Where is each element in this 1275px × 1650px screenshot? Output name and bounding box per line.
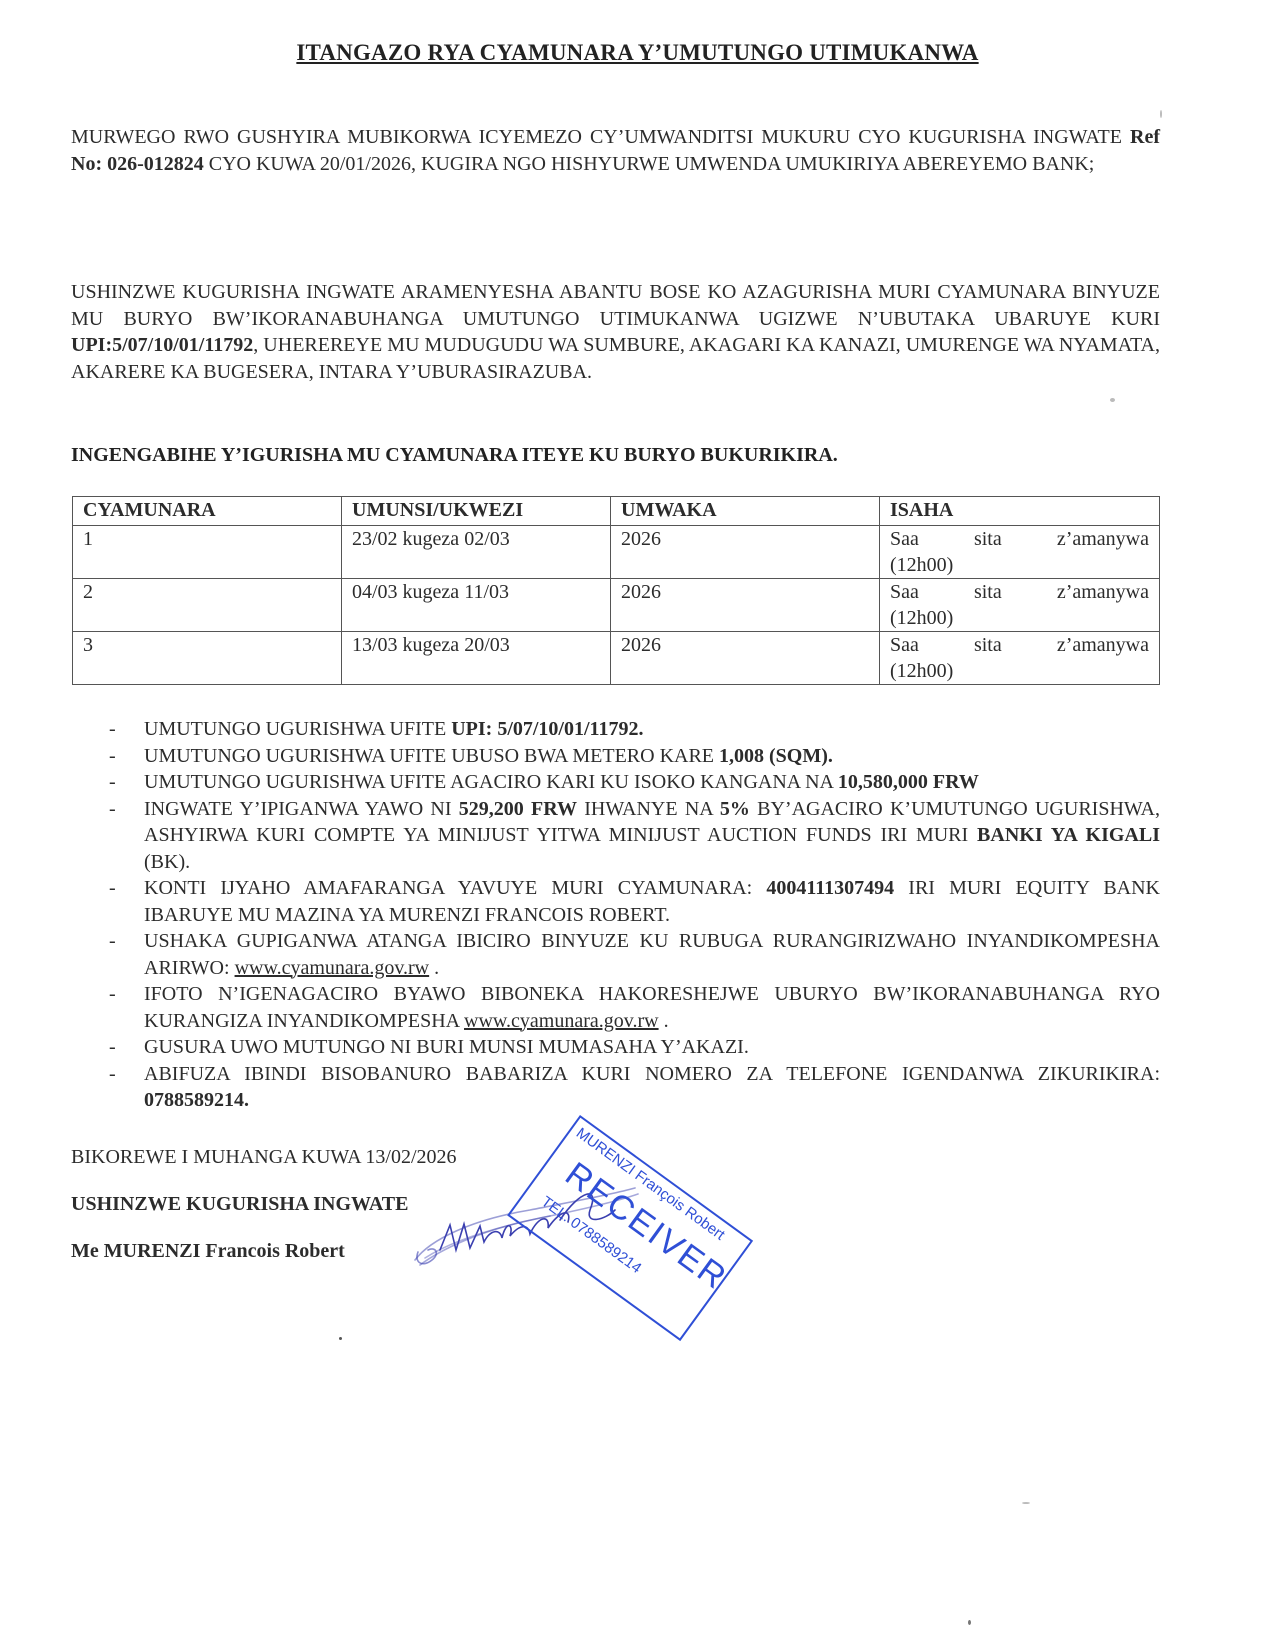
list-item: -ABIFUZA IBINDI BISOBANURO BABARIZA KURI… (71, 1061, 1160, 1114)
time-words: Saasitaz’amanywa (890, 632, 1149, 658)
detail-text: INGWATE Y’IPIGANWA YAWO NI (144, 798, 459, 820)
cyamunara-number: 1 (73, 526, 342, 579)
bullet: - (109, 928, 116, 955)
list-item: -UMUTUNGO UGURISHWA UFITE AGACIRO KARI K… (71, 769, 1160, 796)
property-value: 10,580,000 FRW (838, 771, 979, 793)
table-row: 313/03 kugeza 20/032026Saasitaz’amanywa(… (73, 632, 1160, 685)
visit-info: GUSURA UWO MUTUNGO NI BURI MUNSI MUMASAH… (144, 1036, 749, 1058)
announcement-paragraph: USHINZWE KUGURISHA INGWATE ARAMENYESHA A… (71, 279, 1160, 385)
bullet: - (109, 981, 116, 1008)
scan-speck (968, 1620, 971, 1625)
list-item: -KONTI IJYAHO AMAFARANGA YAVUYE MURI CYA… (71, 875, 1160, 928)
scan-speck (1110, 398, 1115, 402)
table-row: 204/03 kugeza 11/032026Saasitaz’amanywa(… (73, 579, 1160, 632)
time-word: sita (974, 579, 1002, 605)
time-word: sita (974, 632, 1002, 658)
announcement-text: USHINZWE KUGURISHA INGWATE ARAMENYESHA A… (71, 281, 1160, 330)
bullet: - (109, 716, 116, 743)
document-title: ITANGAZO RYA CYAMUNARA Y’UMUTUNGO UTIMUK… (0, 40, 1275, 66)
time-cell: Saasitaz’amanywa(12h00) (880, 632, 1160, 685)
bullet: - (109, 1034, 116, 1061)
detail-text: . (659, 1010, 669, 1032)
bullet: - (109, 1061, 116, 1088)
table-header-row: CYAMUNARA UMUNSI/UKWEZI UMWAKA ISAHA (73, 497, 1160, 526)
bullet: - (109, 875, 116, 902)
detail-text: UMUTUNGO UGURISHWA UFITE UBUSO BWA METER… (144, 745, 719, 767)
bank-name: BANKI YA KIGALI (977, 824, 1160, 846)
deposit-percent: 5% (720, 798, 750, 820)
date-range: 23/02 kugeza 02/03 (342, 526, 611, 579)
time-word: Saa (890, 632, 919, 658)
time-hour: (12h00) (890, 605, 1149, 631)
list-item: -GUSURA UWO MUTUNGO NI BURI MUNSI MUMASA… (71, 1034, 1160, 1061)
detail-text: (BK). (144, 851, 190, 873)
auction-notice-page: ITANGAZO RYA CYAMUNARA Y’UMUTUNGO UTIMUK… (0, 0, 1275, 1650)
time-words: Saasitaz’amanywa (890, 526, 1149, 552)
detail-text: IHWANYE NA (577, 798, 720, 820)
date-range: 13/03 kugeza 20/03 (342, 632, 611, 685)
time-cell: Saasitaz’amanywa(12h00) (880, 579, 1160, 632)
year: 2026 (611, 526, 880, 579)
time-words: Saasitaz’amanywa (890, 579, 1149, 605)
scan-speck (1022, 1502, 1030, 1504)
bullet: - (109, 743, 116, 770)
bullet: - (109, 769, 116, 796)
year: 2026 (611, 579, 880, 632)
time-hour: (12h00) (890, 552, 1149, 578)
signatory-name: Me MURENZI Francois Robert (71, 1240, 345, 1263)
contact-text: ABIFUZA IBINDI BISOBANURO BABARIZA KURI … (144, 1063, 1160, 1085)
property-details-list: -UMUTUNGO UGURISHWA UFITE UPI: 5/07/10/0… (71, 716, 1160, 1114)
scan-speck (1160, 110, 1162, 118)
account-number: 4004111307494 (766, 877, 894, 899)
list-item: -INGWATE Y’IPIGANWA YAWO NI 529,200 FRW … (71, 796, 1160, 876)
intro-text-cont: CYO KUWA 20/01/2026, KUGIRA NGO HISHYURW… (204, 153, 1095, 175)
time-word: sita (974, 526, 1002, 552)
property-area-value: 1,008 (SQM). (719, 745, 833, 767)
column-header: UMWAKA (611, 497, 880, 526)
list-item: -UMUTUNGO UGURISHWA UFITE UPI: 5/07/10/0… (71, 716, 1160, 743)
year: 2026 (611, 632, 880, 685)
detail-text: UMUTUNGO UGURISHWA UFITE AGACIRO KARI KU… (144, 771, 838, 793)
list-item: -USHAKA GUPIGANWA ATANGA IBICIRO BINYUZE… (71, 928, 1160, 981)
time-word: z’amanywa (1057, 579, 1149, 605)
date-range: 04/03 kugeza 11/03 (342, 579, 611, 632)
time-hour: (12h00) (890, 658, 1149, 684)
property-upi: UPI:5/07/10/01/11792 (71, 334, 253, 356)
list-item: -UMUTUNGO UGURISHWA UFITE UBUSO BWA METE… (71, 743, 1160, 770)
contact-phone: 0788589214. (144, 1089, 249, 1111)
signatory-role: USHINZWE KUGURISHA INGWATE (71, 1193, 408, 1216)
time-word: z’amanywa (1057, 632, 1149, 658)
scan-speck (339, 1337, 342, 1340)
column-header: CYAMUNARA (73, 497, 342, 526)
detail-text: . (429, 957, 439, 979)
schedule-heading: INGENGABIHE Y’IGURISHA MU CYAMUNARA ITEY… (71, 444, 838, 467)
bid-deposit-amount: 529,200 FRW (459, 798, 577, 820)
detail-text: UMUTUNGO UGURISHWA UFITE (144, 718, 451, 740)
time-word: Saa (890, 526, 919, 552)
time-word: z’amanywa (1057, 526, 1149, 552)
time-word: Saa (890, 579, 919, 605)
list-item: -IFOTO N’IGENAGACIRO BYAWO BIBONEKA HAKO… (71, 981, 1160, 1034)
receiver-stamp: MURENZI François Robert RECEIVER TEL. 07… (507, 1115, 753, 1341)
time-cell: Saasitaz’amanywa(12h00) (880, 526, 1160, 579)
cyamunara-link[interactable]: www.cyamunara.gov.rw (235, 957, 430, 979)
cyamunara-number: 2 (73, 579, 342, 632)
table-row: 123/02 kugeza 02/032026Saasitaz’amanywa(… (73, 526, 1160, 579)
bullet: - (109, 796, 116, 823)
auction-schedule-table: CYAMUNARA UMUNSI/UKWEZI UMWAKA ISAHA 123… (72, 496, 1160, 685)
issued-date-line: BIKOREWE I MUHANGA KUWA 13/02/2026 (71, 1146, 457, 1169)
cyamunara-number: 3 (73, 632, 342, 685)
intro-paragraph: MURWEGO RWO GUSHYIRA MUBIKORWA ICYEMEZO … (71, 124, 1160, 177)
detail-text: KONTI IJYAHO AMAFARANGA YAVUYE MURI CYAM… (144, 877, 766, 899)
column-header: ISAHA (880, 497, 1160, 526)
property-upi-value: UPI: 5/07/10/01/11792. (451, 718, 643, 740)
cyamunara-link[interactable]: www.cyamunara.gov.rw (464, 1010, 659, 1032)
intro-text: MURWEGO RWO GUSHYIRA MUBIKORWA ICYEMEZO … (71, 126, 1130, 148)
column-header: UMUNSI/UKWEZI (342, 497, 611, 526)
